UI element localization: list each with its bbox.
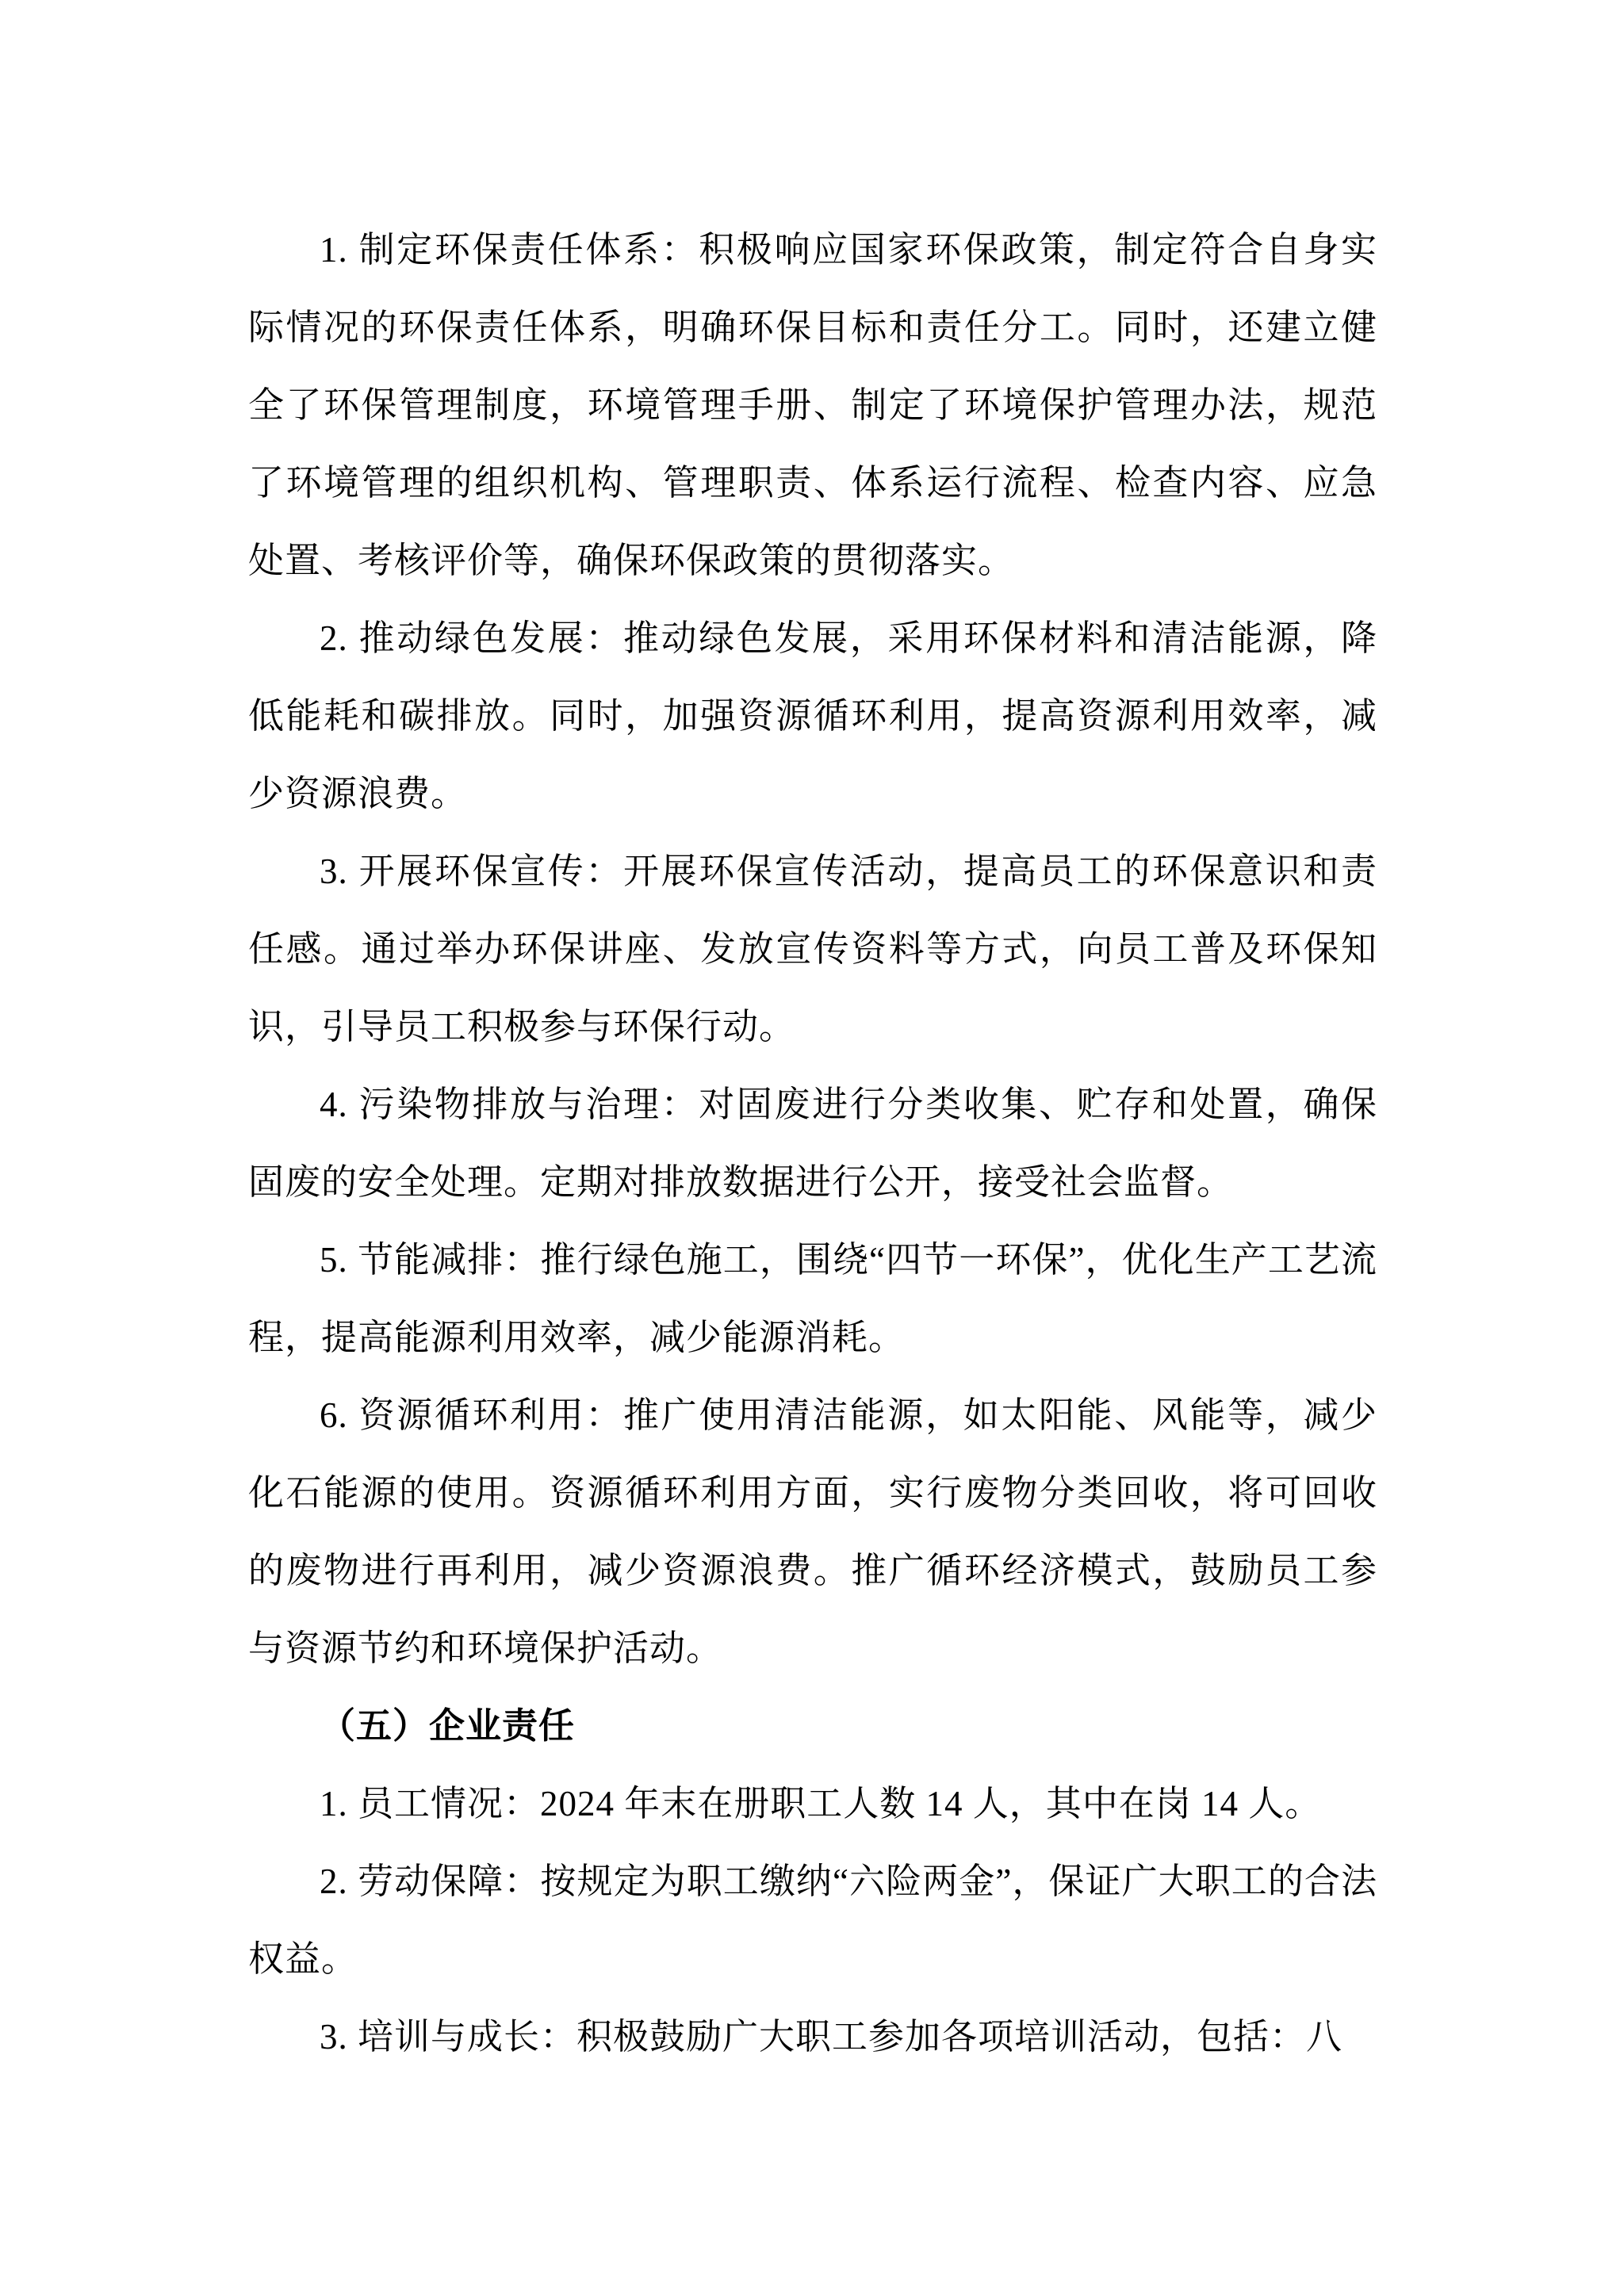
paragraph-employee-status: 1. 员工情况：2024 年末在册职工人数 14 人，其中在岗 14 人。	[248, 1765, 1377, 1843]
section-heading-enterprise-responsibility: （五）企业责任	[248, 1687, 1377, 1765]
document-page: 1. 制定环保责任体系：积极响应国家环保政策，制定符合自身实际情况的环保责任体系…	[0, 0, 1624, 2296]
paragraph-training-growth: 3. 培训与成长：积极鼓励广大职工参加各项培训活动，包括：八	[248, 1998, 1377, 2076]
paragraph-energy-saving-emission-reduction: 5. 节能减排：推行绿色施工，围绕“四节一环保”，优化生产工艺流程，提高能源利用…	[248, 1221, 1377, 1376]
document-body: 1. 制定环保责任体系：积极响应国家环保政策，制定符合自身实际情况的环保责任体系…	[248, 211, 1377, 2076]
paragraph-green-development: 2. 推动绿色发展：推动绿色发展，采用环保材料和清洁能源，降低能耗和碳排放。同时…	[248, 599, 1377, 832]
paragraph-env-responsibility-system: 1. 制定环保责任体系：积极响应国家环保政策，制定符合自身实际情况的环保责任体系…	[248, 211, 1377, 599]
paragraph-resource-recycling: 6. 资源循环利用：推广使用清洁能源，如太阳能、风能等，减少化石能源的使用。资源…	[248, 1376, 1377, 1687]
paragraph-pollutant-discharge-treatment: 4. 污染物排放与治理：对固废进行分类收集、贮存和处置，确保固废的安全处理。定期…	[248, 1066, 1377, 1221]
paragraph-env-publicity: 3. 开展环保宣传：开展环保宣传活动，提高员工的环保意识和责任感。通过举办环保讲…	[248, 832, 1377, 1066]
paragraph-labor-protection: 2. 劳动保障：按规定为职工缴纳“六险两金”，保证广大职工的合法权益。	[248, 1843, 1377, 1998]
